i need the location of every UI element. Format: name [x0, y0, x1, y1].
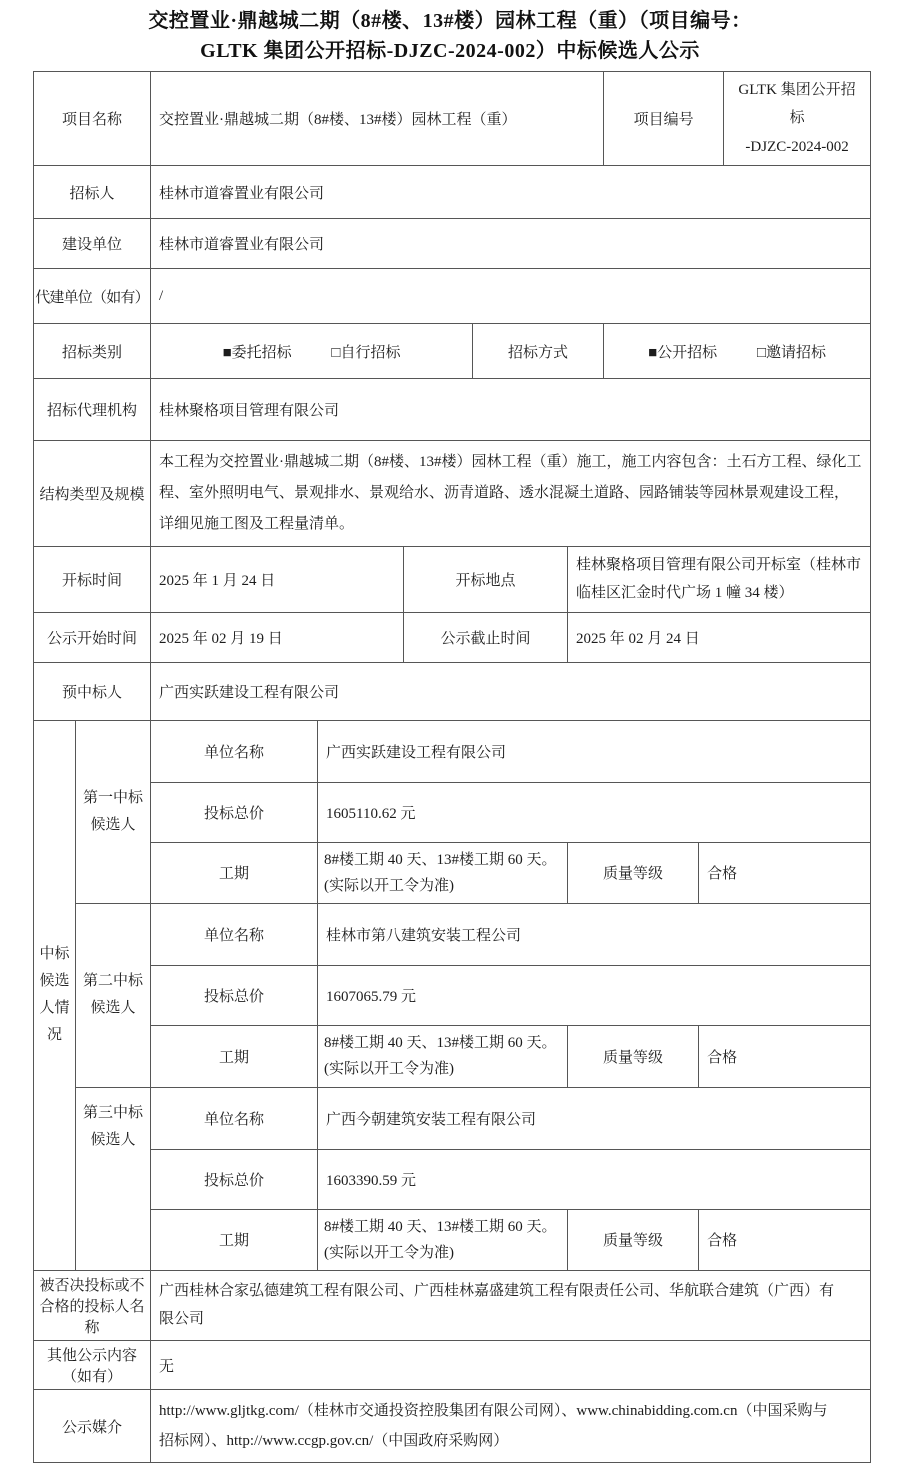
candidate1-quality-value: 合格 [699, 842, 871, 904]
row-bid-opening: 开标时间 2025 年 1 月 24 日 开标地点 桂林聚格项目管理有限公司开标… [34, 546, 871, 612]
candidate3-price-value: 1603390.59 元 [318, 1149, 871, 1209]
document-title: 交控置业·鼎越城二期（8#楼、13#楼）园林工程（重）（项目编号： GLTK 集… [0, 6, 900, 67]
candidate3-rank-label: 第三中标候选人 [76, 1087, 151, 1271]
candidate3-unit-value: 广西今朝建筑安装工程有限公司 [318, 1087, 871, 1149]
tender-method-option-open: ■公开招标 [648, 345, 717, 361]
row-rejected-bidders: 被否决投标或不合格的投标人名称 广西桂林合家弘德建筑工程有限公司、广西桂林嘉盛建… [34, 1271, 871, 1341]
row-structure-scale: 结构类型及规模 本工程为交控置业·鼎越城二期（8#楼、13#楼）园林工程（重）施… [34, 441, 871, 546]
bid-opening-place-value: 桂林聚格项目管理有限公司开标室（桂林市临桂区汇金时代广场 1 幢 34 楼） [568, 546, 871, 612]
agent-unit-label: 代建单位（如有） [34, 269, 151, 324]
candidate2-quality-label: 质量等级 [568, 1026, 699, 1088]
publicity-media-label: 公示媒介 [34, 1390, 151, 1463]
candidate2-quality-value: 合格 [699, 1026, 871, 1088]
candidate2-rank-label: 第二中标候选人 [76, 904, 151, 1088]
project-number-label: 项目编号 [604, 71, 724, 166]
row-pre-winner: 预中标人 广西实跃建设工程有限公司 [34, 662, 871, 720]
candidate3-quality-label: 质量等级 [568, 1209, 699, 1271]
candidate1-unit-label: 单位名称 [151, 720, 318, 782]
row-candidate1-unit: 中标候选人情况 第一中标候选人 单位名称 广西实跃建设工程有限公司 [34, 720, 871, 782]
tender-category-options: ■委托招标 □自行招标 [151, 324, 473, 379]
tender-category-option-self: □自行招标 [331, 345, 400, 361]
row-candidate3-unit: 第三中标候选人 单位名称 广西今朝建筑安装工程有限公司 [34, 1087, 871, 1149]
publicity-start-value: 2025 年 02 月 19 日 [151, 612, 404, 662]
row-tender-category: 招标类别 ■委托招标 □自行招标 招标方式 ■公开招标 □邀请招标 [34, 324, 871, 379]
candidate1-price-value: 1605110.62 元 [318, 782, 871, 842]
candidate3-duration-label: 工期 [151, 1209, 318, 1271]
project-name-label: 项目名称 [34, 71, 151, 166]
row-candidate1-price: 投标总价 1605110.62 元 [34, 782, 871, 842]
candidate1-duration-label: 工期 [151, 842, 318, 904]
project-name-value: 交控置业·鼎越城二期（8#楼、13#楼）园林工程（重） [151, 71, 604, 166]
row-candidate1-duration: 工期 8#楼工期 40 天、13#楼工期 60 天。(实际以开工令为准) 质量等… [34, 842, 871, 904]
row-agent-unit: 代建单位（如有） / [34, 269, 871, 324]
candidate2-unit-label: 单位名称 [151, 904, 318, 966]
publicity-media-value: http://www.gljtkg.com/（桂林市交通投资控股集团有限公司网）… [151, 1390, 871, 1463]
row-project-name: 项目名称 交控置业·鼎越城二期（8#楼、13#楼）园林工程（重） 项目编号 GL… [34, 71, 871, 166]
announcement-table: 项目名称 交控置业·鼎越城二期（8#楼、13#楼）园林工程（重） 项目编号 GL… [33, 71, 871, 1463]
rejected-bidders-label: 被否决投标或不合格的投标人名称 [34, 1271, 151, 1341]
other-content-label: 其他公示内容（如有） [34, 1341, 151, 1390]
candidates-group-label: 中标候选人情况 [34, 720, 76, 1271]
row-candidate2-duration: 工期 8#楼工期 40 天、13#楼工期 60 天。(实际以开工令为准) 质量等… [34, 1026, 871, 1088]
bid-opening-time-value: 2025 年 1 月 24 日 [151, 546, 404, 612]
candidate3-duration-value: 8#楼工期 40 天、13#楼工期 60 天。(实际以开工令为准) [318, 1209, 568, 1271]
candidate1-quality-label: 质量等级 [568, 842, 699, 904]
document-title-line1: 交控置业·鼎越城二期（8#楼、13#楼）园林工程（重）（项目编号： [0, 6, 900, 36]
tender-category-option-delegated: ■委托招标 [223, 345, 292, 361]
row-construction-unit: 建设单位 桂林市道睿置业有限公司 [34, 219, 871, 269]
tender-method-options: ■公开招标 □邀请招标 [604, 324, 871, 379]
tender-agency-value: 桂林聚格项目管理有限公司 [151, 379, 871, 441]
candidate2-duration-value: 8#楼工期 40 天、13#楼工期 60 天。(实际以开工令为准) [318, 1026, 568, 1088]
tender-method-label: 招标方式 [473, 324, 604, 379]
publicity-end-value: 2025 年 02 月 24 日 [568, 612, 871, 662]
tenderer-value: 桂林市道睿置业有限公司 [151, 166, 871, 219]
candidate2-unit-value: 桂林市第八建筑安装工程公司 [318, 904, 871, 966]
row-publicity-media: 公示媒介 http://www.gljtkg.com/（桂林市交通投资控股集团有… [34, 1390, 871, 1463]
other-content-value: 无 [151, 1341, 871, 1390]
structure-scale-value: 本工程为交控置业·鼎越城二期（8#楼、13#楼）园林工程（重）施工，施工内容包含… [151, 441, 871, 546]
candidate1-price-label: 投标总价 [151, 782, 318, 842]
rejected-bidders-value: 广西桂林合家弘德建筑工程有限公司、广西桂林嘉盛建筑工程有限责任公司、华航联合建筑… [151, 1271, 871, 1341]
row-candidate3-price: 投标总价 1603390.59 元 [34, 1149, 871, 1209]
row-tender-agency: 招标代理机构 桂林聚格项目管理有限公司 [34, 379, 871, 441]
candidate1-duration-value: 8#楼工期 40 天、13#楼工期 60 天。(实际以开工令为准) [318, 842, 568, 904]
pre-winner-value: 广西实跃建设工程有限公司 [151, 662, 871, 720]
document-title-line2: GLTK 集团公开招标-DJZC-2024-002）中标候选人公示 [0, 36, 900, 66]
row-other-content: 其他公示内容（如有） 无 [34, 1341, 871, 1390]
bid-opening-time-label: 开标时间 [34, 546, 151, 612]
construction-unit-label: 建设单位 [34, 219, 151, 269]
row-candidate2-unit: 第二中标候选人 单位名称 桂林市第八建筑安装工程公司 [34, 904, 871, 966]
publicity-start-label: 公示开始时间 [34, 612, 151, 662]
announcement-page: 交控置业·鼎越城二期（8#楼、13#楼）园林工程（重）（项目编号： GLTK 集… [0, 0, 900, 1463]
construction-unit-value: 桂林市道睿置业有限公司 [151, 219, 871, 269]
tender-method-option-invited: □邀请招标 [757, 345, 826, 361]
candidate3-price-label: 投标总价 [151, 1149, 318, 1209]
tender-category-label: 招标类别 [34, 324, 151, 379]
row-tenderer: 招标人 桂林市道睿置业有限公司 [34, 166, 871, 219]
candidate3-unit-label: 单位名称 [151, 1087, 318, 1149]
candidate1-unit-value: 广西实跃建设工程有限公司 [318, 720, 871, 782]
agent-unit-value: / [151, 269, 871, 324]
publicity-end-label: 公示截止时间 [404, 612, 568, 662]
tenderer-label: 招标人 [34, 166, 151, 219]
bid-opening-place-label: 开标地点 [404, 546, 568, 612]
project-number-value: GLTK 集团公开招标 -DJZC-2024-002 [724, 71, 871, 166]
row-candidate2-price: 投标总价 1607065.79 元 [34, 966, 871, 1026]
tender-agency-label: 招标代理机构 [34, 379, 151, 441]
structure-scale-label: 结构类型及规模 [34, 441, 151, 546]
candidate2-price-value: 1607065.79 元 [318, 966, 871, 1026]
row-candidate3-duration: 工期 8#楼工期 40 天、13#楼工期 60 天。(实际以开工令为准) 质量等… [34, 1209, 871, 1271]
candidate2-duration-label: 工期 [151, 1026, 318, 1088]
candidate1-rank-label: 第一中标候选人 [76, 720, 151, 904]
candidate3-quality-value: 合格 [699, 1209, 871, 1271]
row-publicity-period: 公示开始时间 2025 年 02 月 19 日 公示截止时间 2025 年 02… [34, 612, 871, 662]
pre-winner-label: 预中标人 [34, 662, 151, 720]
candidate2-price-label: 投标总价 [151, 966, 318, 1026]
